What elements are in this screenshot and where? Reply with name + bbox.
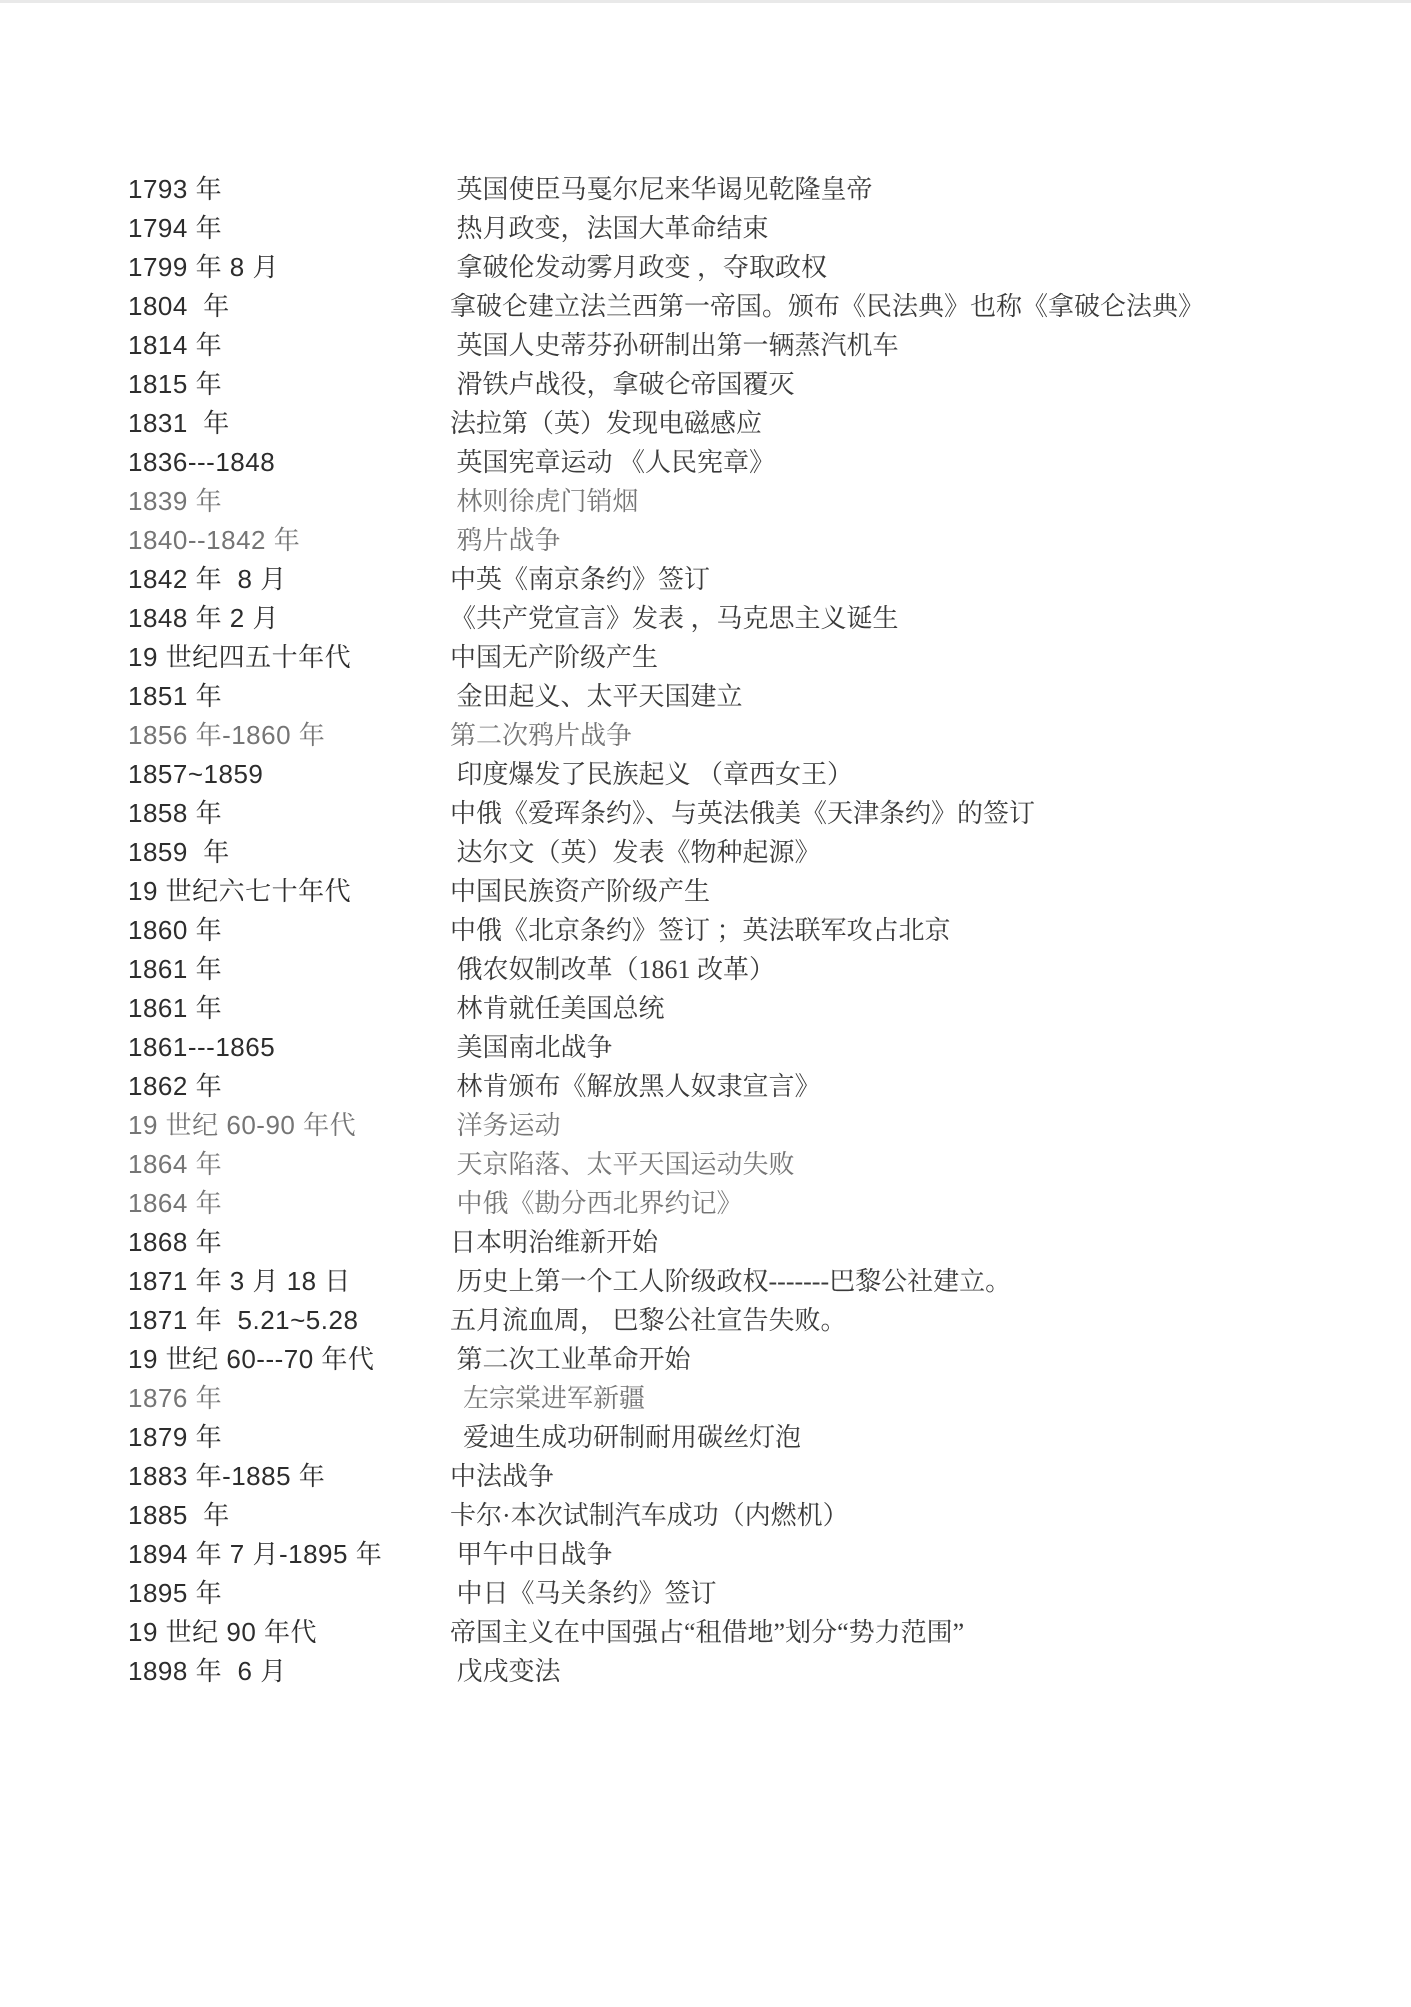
- timeline-date: 1861 年: [128, 989, 450, 1028]
- timeline-event: 法拉第（英）发现电磁感应: [450, 404, 762, 443]
- timeline-event: 历史上第一个工人阶级政权-------巴黎公社建立。: [450, 1262, 1011, 1301]
- timeline-date: 1862 年: [128, 1067, 450, 1106]
- timeline-row: 19 世纪 90 年代 帝国主义在中国强占“租借地”划分“势力范围”: [128, 1613, 1368, 1652]
- timeline-event: 五月流血周， 巴黎公社宣告失败。: [450, 1301, 847, 1340]
- timeline-row: 1894 年 7 月-1895 年 甲午中日战争: [128, 1535, 1368, 1574]
- timeline-row: 1840--1842 年 鸦片战争: [128, 521, 1368, 560]
- timeline-date: 1842 年 8 月: [128, 560, 450, 599]
- timeline-event: 林肯就任美国总统: [450, 989, 665, 1028]
- timeline-event: 鸦片战争: [450, 521, 561, 560]
- timeline-event: 中国无产阶级产生: [450, 638, 658, 677]
- timeline-row: 1861 年 林肯就任美国总统: [128, 989, 1368, 1028]
- timeline-event: 中英《南京条约》签订: [450, 560, 710, 599]
- timeline-date: 1794 年: [128, 209, 450, 248]
- timeline-row: 1839 年 林则徐虎门销烟: [128, 482, 1368, 521]
- timeline-date: 1871 年 3 月 18 日: [128, 1262, 450, 1301]
- timeline-date: 1885 年: [128, 1496, 450, 1535]
- timeline-date: 1858 年: [128, 794, 450, 833]
- timeline-row: 1861 年 俄农奴制改革（1861 改革）: [128, 950, 1368, 989]
- timeline-date: 19 世纪 60---70 年代: [128, 1340, 450, 1379]
- page-top-edge: [0, 0, 1411, 3]
- timeline-date: 1861---1865: [128, 1028, 450, 1067]
- timeline-row: 1864 年 中俄《勘分西北界约记》: [128, 1184, 1368, 1223]
- timeline-row: 1794 年 热月政变，法国大革命结束: [128, 209, 1368, 248]
- timeline-event: 洋务运动: [450, 1106, 561, 1145]
- timeline-date: 1840--1842 年: [128, 521, 450, 560]
- timeline-event: 美国南北战争: [450, 1028, 613, 1067]
- timeline-date: 1804 年: [128, 287, 450, 326]
- timeline-date: 1864 年: [128, 1184, 450, 1223]
- timeline-date: 1815 年: [128, 365, 450, 404]
- timeline-row: 1851 年 金田起义、太平天国建立: [128, 677, 1368, 716]
- timeline-row: 19 世纪 60---70 年代 第二次工业革命开始: [128, 1340, 1368, 1379]
- timeline-row: 1799 年 8 月 拿破伦发动雾月政变 ，夺取政权: [128, 248, 1368, 287]
- timeline-row: 1831 年 法拉第（英）发现电磁感应: [128, 404, 1368, 443]
- timeline-event: 英国使臣马戛尔尼来华谒见乾隆皇帝: [450, 170, 873, 209]
- timeline-date: 1879 年: [128, 1418, 450, 1457]
- timeline-date: 1898 年 6 月: [128, 1652, 450, 1691]
- timeline-event: 俄农奴制改革（1861 改革）: [450, 950, 775, 989]
- timeline-date: 1883 年-1885 年: [128, 1457, 450, 1496]
- timeline-row: 1859 年 达尔文（英）发表《物种起源》: [128, 833, 1368, 872]
- timeline-event: 英国宪章运动 《人民宪章》: [450, 443, 775, 482]
- timeline-event: 拿破仑建立法兰西第一帝国。颁布《民法典》也称《拿破仑法典》: [450, 287, 1204, 326]
- timeline-date: 1859 年: [128, 833, 450, 872]
- timeline-event: 左宗棠进军新疆: [450, 1379, 645, 1418]
- timeline-date: 1894 年 7 月-1895 年: [128, 1535, 450, 1574]
- timeline-event: 中俄《爱珲条约》、与英法俄美《天津条约》的签订: [450, 794, 1035, 833]
- timeline-row: 1856 年-1860 年 第二次鸦片战争: [128, 716, 1368, 755]
- timeline-row: 1898 年 6 月 戊戌变法: [128, 1652, 1368, 1691]
- timeline-row: 1804 年 拿破仑建立法兰西第一帝国。颁布《民法典》也称《拿破仑法典》: [128, 287, 1368, 326]
- timeline-row: 1885 年 卡尔·本次试制汽车成功（内燃机）: [128, 1496, 1368, 1535]
- timeline-date: 1895 年: [128, 1574, 450, 1613]
- timeline-event: 天京陷落、太平天国运动失败: [450, 1145, 795, 1184]
- timeline-event: 卡尔·本次试制汽车成功（内燃机）: [450, 1496, 849, 1535]
- timeline-event: 甲午中日战争: [450, 1535, 613, 1574]
- timeline-date: 1836---1848: [128, 443, 450, 482]
- timeline-date: 1799 年 8 月: [128, 248, 450, 287]
- timeline-row: 1814 年 英国人史蒂芬孙研制出第一辆蒸汽机车: [128, 326, 1368, 365]
- timeline-event: 中国民族资产阶级产生: [450, 872, 710, 911]
- timeline-date: 1793 年: [128, 170, 450, 209]
- timeline-event: 达尔文（英）发表《物种起源》: [450, 833, 821, 872]
- timeline-row: 1879 年 爱迪生成功研制耐用碳丝灯泡: [128, 1418, 1368, 1457]
- timeline-event: 印度爆发了民族起义 （章西女王）: [450, 755, 853, 794]
- timeline-date: 19 世纪 90 年代: [128, 1613, 450, 1652]
- timeline-event: 中俄《勘分西北界约记》: [450, 1184, 743, 1223]
- timeline-row: 1862 年 林肯颁布《解放黑人奴隶宣言》: [128, 1067, 1368, 1106]
- timeline-date: 1864 年: [128, 1145, 450, 1184]
- timeline-event: 爱迪生成功研制耐用碳丝灯泡: [450, 1418, 801, 1457]
- timeline-date: 1868 年: [128, 1223, 450, 1262]
- timeline-event: 林肯颁布《解放黑人奴隶宣言》: [450, 1067, 821, 1106]
- timeline-event: 金田起义、太平天国建立: [450, 677, 743, 716]
- timeline-row: 1815 年 滑铁卢战役，拿破仑帝国覆灭: [128, 365, 1368, 404]
- timeline-event: 戊戌变法: [450, 1652, 561, 1691]
- timeline-row: 1836---1848 英国宪章运动 《人民宪章》: [128, 443, 1368, 482]
- timeline-date: 1857~1859: [128, 755, 450, 794]
- timeline-row: 1864 年 天京陷落、太平天国运动失败: [128, 1145, 1368, 1184]
- timeline-event: 林则徐虎门销烟: [450, 482, 639, 521]
- timeline-date: 1851 年: [128, 677, 450, 716]
- timeline-event: 第二次鸦片战争: [450, 716, 632, 755]
- timeline-list: 1793 年 英国使臣马戛尔尼来华谒见乾隆皇帝 1794 年 热月政变，法国大革…: [128, 170, 1368, 1691]
- timeline-event: 第二次工业革命开始: [450, 1340, 691, 1379]
- timeline-row: 19 世纪四五十年代 中国无产阶级产生: [128, 638, 1368, 677]
- timeline-row: 1895 年 中日《马关条约》签订: [128, 1574, 1368, 1613]
- timeline-row: 1883 年-1885 年 中法战争: [128, 1457, 1368, 1496]
- timeline-date: 19 世纪六七十年代: [128, 872, 450, 911]
- timeline-event: 滑铁卢战役，拿破仑帝国覆灭: [450, 365, 795, 404]
- timeline-row: 1857~1859 印度爆发了民族起义 （章西女王）: [128, 755, 1368, 794]
- timeline-event: 日本明治维新开始: [450, 1223, 658, 1262]
- timeline-event: 英国人史蒂芬孙研制出第一辆蒸汽机车: [450, 326, 899, 365]
- timeline-date: 1814 年: [128, 326, 450, 365]
- timeline-row: 1842 年 8 月 中英《南京条约》签订: [128, 560, 1368, 599]
- timeline-row: 1868 年 日本明治维新开始: [128, 1223, 1368, 1262]
- timeline-row: 1858 年 中俄《爱珲条约》、与英法俄美《天津条约》的签订: [128, 794, 1368, 833]
- timeline-event: 中日《马关条约》签订: [450, 1574, 717, 1613]
- timeline-date: 1876 年: [128, 1379, 450, 1418]
- timeline-row: 1876 年 左宗棠进军新疆: [128, 1379, 1368, 1418]
- timeline-event: 中法战争: [450, 1457, 554, 1496]
- timeline-date: 19 世纪四五十年代: [128, 638, 450, 677]
- timeline-row: 1793 年 英国使臣马戛尔尼来华谒见乾隆皇帝: [128, 170, 1368, 209]
- timeline-date: 1856 年-1860 年: [128, 716, 450, 755]
- timeline-date: 1848 年 2 月: [128, 599, 450, 638]
- timeline-date: 1871 年 5.21~5.28: [128, 1301, 450, 1340]
- timeline-row: 19 世纪 60-90 年代 洋务运动: [128, 1106, 1368, 1145]
- timeline-row: 1860 年 中俄《北京条约》签订 ；英法联军攻占北京: [128, 911, 1368, 950]
- timeline-row: 19 世纪六七十年代 中国民族资产阶级产生: [128, 872, 1368, 911]
- timeline-row: 1871 年 3 月 18 日 历史上第一个工人阶级政权-------巴黎公社建…: [128, 1262, 1368, 1301]
- timeline-date: 1831 年: [128, 404, 450, 443]
- timeline-event: 帝国主义在中国强占“租借地”划分“势力范围”: [450, 1613, 964, 1652]
- timeline-row: 1871 年 5.21~5.28 五月流血周， 巴黎公社宣告失败。: [128, 1301, 1368, 1340]
- timeline-date: 1860 年: [128, 911, 450, 950]
- timeline-event: 拿破伦发动雾月政变 ，夺取政权: [450, 248, 827, 287]
- timeline-date: 1839 年: [128, 482, 450, 521]
- timeline-event: 中俄《北京条约》签订 ；英法联军攻占北京: [450, 911, 951, 950]
- timeline-event: 《共产党宣言》发表 ，马克思主义诞生: [450, 599, 899, 638]
- timeline-date: 1861 年: [128, 950, 450, 989]
- timeline-event: 热月政变，法国大革命结束: [450, 209, 769, 248]
- timeline-row: 1848 年 2 月 《共产党宣言》发表 ，马克思主义诞生: [128, 599, 1368, 638]
- timeline-date: 19 世纪 60-90 年代: [128, 1106, 450, 1145]
- timeline-row: 1861---1865 美国南北战争: [128, 1028, 1368, 1067]
